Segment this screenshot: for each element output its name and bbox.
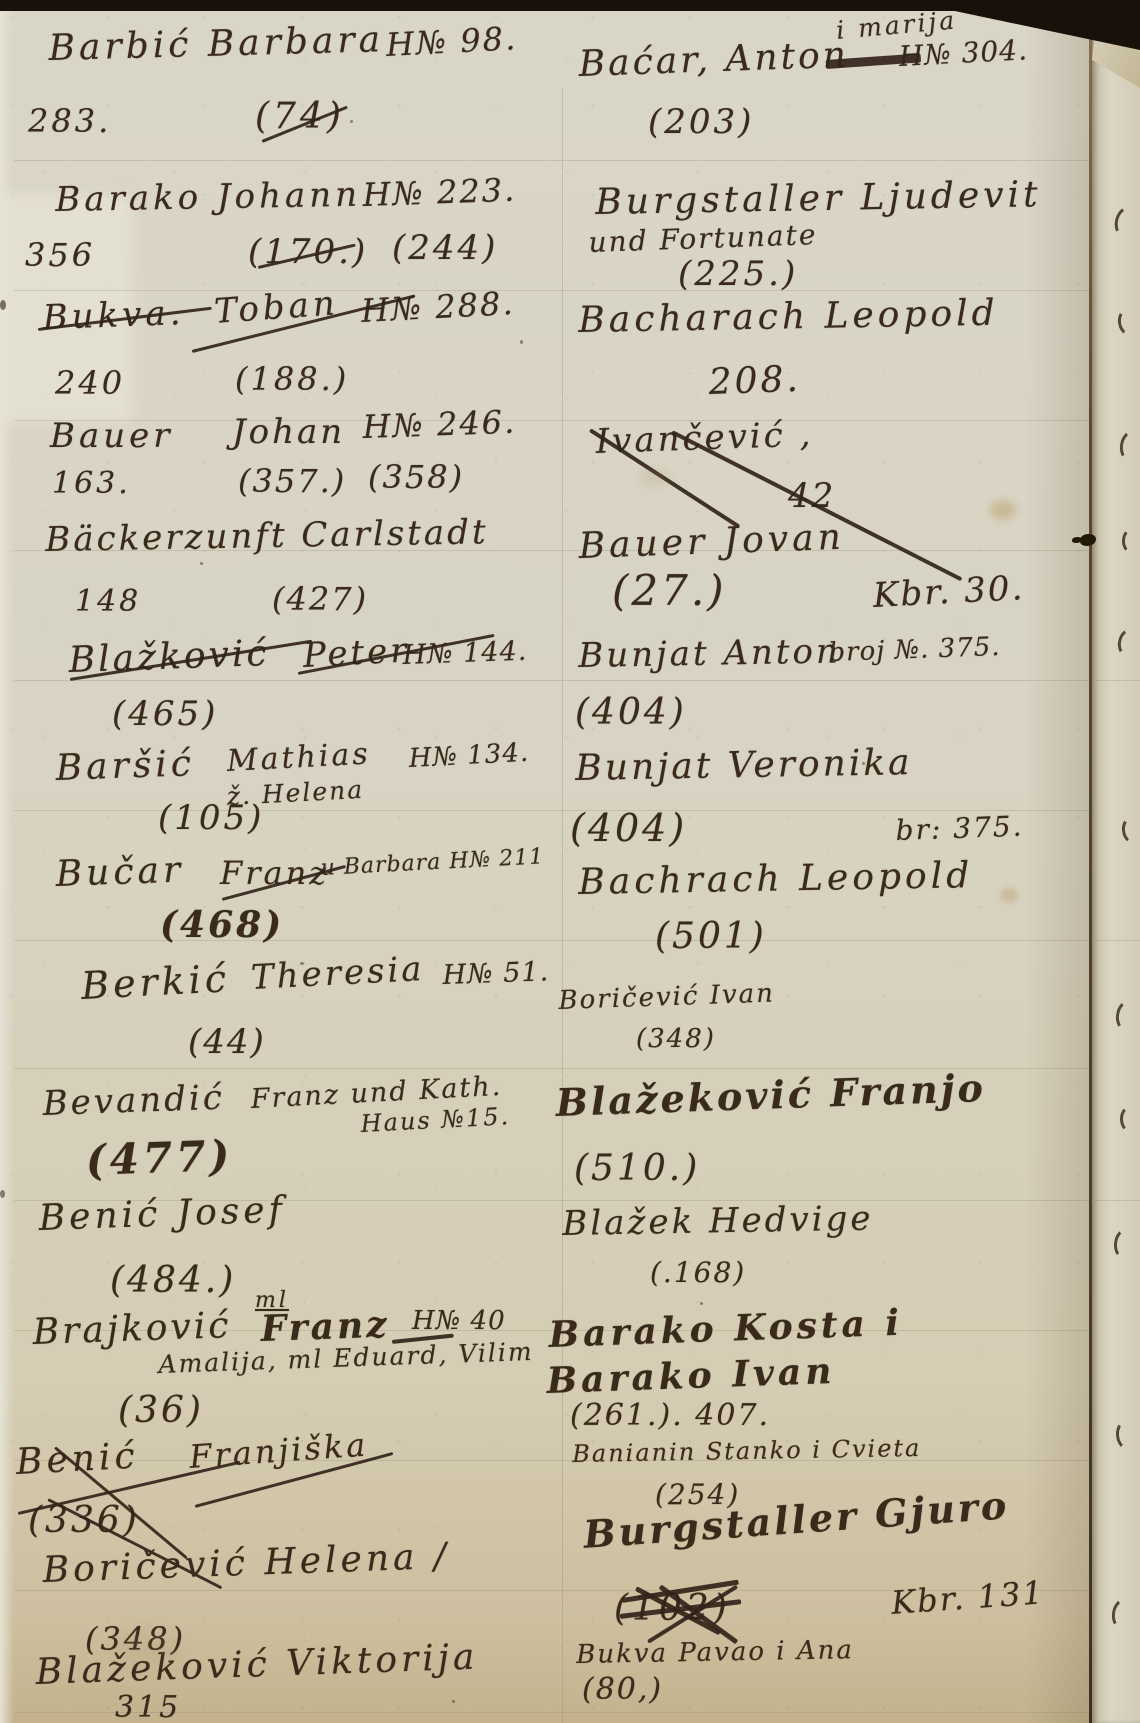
register-entry-given-name: Mathias	[226, 736, 371, 778]
marginal-note: u Barbara H№ 211	[320, 844, 545, 881]
marginal-note: Kbr. 30.	[872, 568, 1025, 616]
house-number: H№ 288.	[360, 284, 515, 330]
house-number: H№ 98.	[385, 19, 518, 64]
column-divider	[562, 88, 563, 1723]
cross-reference: (427)	[272, 580, 368, 618]
next-page-sliver	[1092, 30, 1140, 1723]
cross-reference: (36)	[118, 1390, 204, 1431]
cross-reference: (105)	[158, 798, 264, 838]
register-entry-name: Boričević Ivan	[558, 978, 775, 1016]
page-fold-line	[1089, 30, 1092, 1723]
cross-reference: (465)	[112, 694, 218, 734]
register-entry-name: Benić	[15, 1436, 140, 1483]
ruled-line-horizontal	[1095, 1200, 1140, 1201]
ink-speck	[0, 1190, 5, 1198]
ink-speck	[700, 1302, 703, 1305]
register-entry-name: Burgstaller Gjuro	[582, 1482, 1011, 1557]
register-entry-name: Bauer Jovan	[578, 517, 845, 567]
cross-reference: (80,)	[582, 1672, 663, 1707]
register-entry-name: Burgstaller Ljudevit	[595, 174, 1042, 223]
cross-reference: (357.)	[238, 462, 346, 500]
cross-reference: (468)	[160, 904, 284, 946]
ruled-line-horizontal	[14, 290, 1090, 291]
cross-reference: (44)	[188, 1022, 266, 1062]
cross-reference: (501)	[655, 916, 767, 957]
register-entry-name: Barbić Barbara	[48, 19, 385, 69]
register-entry-name: Bevandić	[42, 1078, 225, 1124]
marginal-note: Kbr. 131	[890, 1573, 1046, 1622]
folio-number: 163.	[52, 466, 131, 501]
ruled-line-horizontal	[1095, 680, 1140, 681]
cross-reference: (225.)	[678, 254, 798, 294]
register-entry-given-name: Johan	[232, 412, 345, 452]
register-entry-name: Bučar	[55, 850, 185, 895]
register-entry-line2: und Fortunate	[588, 218, 818, 259]
register-entry-name: Blažeković Franjo	[555, 1065, 986, 1125]
partial-ink-stroke	[1120, 1105, 1140, 1133]
register-entry-name: Bacharach Leopold	[578, 293, 999, 341]
paper-stain	[640, 470, 670, 486]
register-entry-given-name: Toban	[213, 283, 340, 332]
register-entry-given-name: Theresia	[250, 949, 426, 998]
ink-speck	[452, 1700, 455, 1703]
cross-reference: (477)	[85, 1131, 234, 1185]
register-entry-name: Bäckerzunft Carlstadt	[45, 512, 489, 560]
register-entry-name: Barako Kosta i	[548, 1302, 904, 1356]
cross-reference: (358)	[368, 458, 464, 496]
paper-stain	[1000, 888, 1018, 902]
page-gutter-shadow	[1025, 30, 1089, 1723]
ink-speck	[1002, 1502, 1005, 1505]
register-entry-name: Boričević Helena /	[42, 1536, 451, 1591]
cross-reference: (348)	[636, 1024, 716, 1054]
cross-reference: (484.)	[110, 1260, 236, 1301]
register-entry-name: Blažek Hedvige	[562, 1199, 874, 1244]
cross-reference: (404)	[570, 806, 687, 850]
register-page: Barbić Barbara H№ 98. 283. (74) Barako J…	[0, 0, 1140, 1723]
ink-speck	[200, 562, 203, 565]
ink-speck	[520, 340, 523, 344]
ink-speck	[0, 300, 6, 310]
ruled-line-horizontal	[14, 680, 1090, 681]
partial-ink-stroke	[1122, 528, 1140, 554]
ruled-line-horizontal	[14, 420, 1090, 421]
house-number: H№ 246.	[362, 403, 517, 446]
register-entry-name: Bunjat Anton	[578, 631, 841, 676]
register-entry-name: Berkić	[80, 956, 231, 1008]
cross-reference: (510.)	[574, 1148, 700, 1189]
cross-reference: (261.). 407.	[570, 1398, 770, 1433]
house-number: H№ 51.	[442, 956, 550, 991]
ink-speck	[300, 962, 304, 965]
folio-number: 356	[25, 236, 95, 274]
paper-stain	[990, 500, 1016, 520]
register-entry-name: Bauer	[50, 416, 174, 456]
paper-stain	[110, 1630, 180, 1664]
cross-reference: (27.)	[612, 566, 727, 615]
cross-reference: (.168)	[650, 1256, 746, 1289]
house-number: H№ 134.	[408, 738, 530, 774]
register-entry-name: Baćar, Anton	[578, 35, 849, 85]
ink-speck	[862, 762, 865, 765]
folio-number: 315	[115, 1690, 181, 1723]
register-entry-name: Benić Josef	[38, 1189, 287, 1239]
house-number: H№ 223.	[362, 171, 517, 214]
house-number: H№ 40	[412, 1306, 506, 1336]
ruled-line-horizontal	[14, 1460, 1090, 1461]
cross-reference: (74)	[255, 96, 345, 137]
register-entry-name: Bunjat Veronika	[575, 742, 913, 789]
ink-speck	[350, 120, 353, 123]
ruled-line-horizontal	[14, 160, 1090, 161]
ruled-line-horizontal	[1095, 940, 1140, 941]
photo-background-band	[0, 0, 1140, 11]
marginal-note: br: 375.	[895, 810, 1024, 847]
cross-reference: (188.)	[235, 360, 349, 398]
folio-number: 148	[75, 584, 141, 619]
register-entry-name: Bachrach Leopold	[578, 855, 974, 903]
register-entry-name: Bukva Pavao i Ana	[576, 1635, 854, 1670]
folio-number: 240	[55, 364, 125, 402]
register-entry-name: Brajković	[32, 1305, 232, 1353]
register-entry-name: Barako Johann	[55, 175, 361, 220]
register-entry-name: Banianin Stanko i Cvieta	[572, 1434, 922, 1468]
cross-reference: (404)	[575, 692, 687, 733]
cross-reference: (244)	[392, 228, 498, 268]
register-entry-name: Baršić	[55, 743, 196, 789]
folio-number: 208.	[708, 359, 802, 403]
cross-reference: (203)	[648, 102, 754, 142]
house-number: broj №. 375.	[828, 632, 1001, 668]
register-entry-line2: Barako Ivan	[546, 1350, 836, 1402]
folio-number: 283.	[28, 102, 111, 140]
